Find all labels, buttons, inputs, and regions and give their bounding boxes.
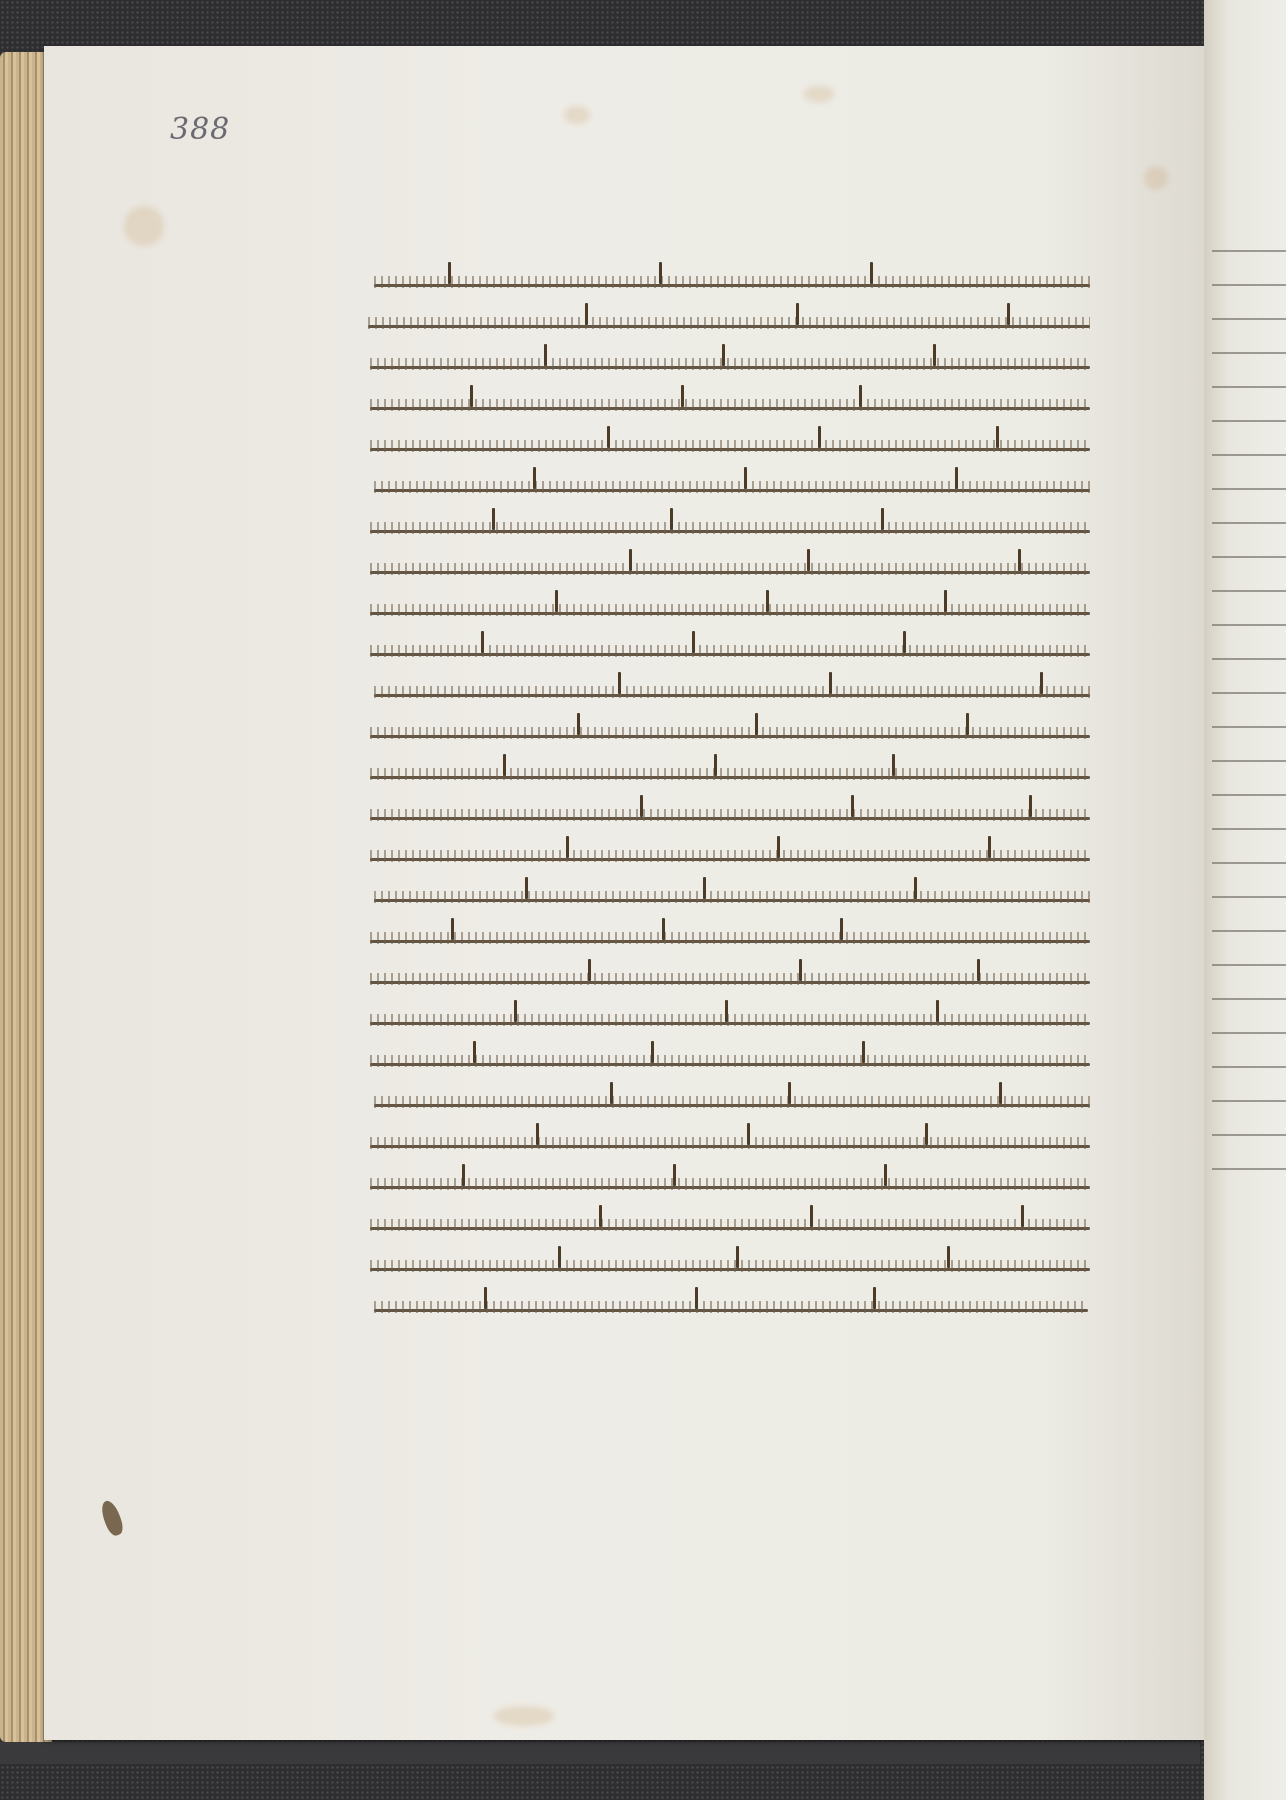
text-line [368, 926, 1090, 963]
text-line [368, 967, 1090, 1004]
text-line [368, 803, 1090, 840]
facing-text-line [1212, 682, 1286, 704]
text-line [368, 721, 1090, 758]
facing-text-line [1212, 580, 1286, 602]
facing-text-line [1212, 240, 1286, 262]
facing-text-line [1212, 716, 1286, 738]
facing-text-line [1212, 614, 1286, 636]
foxing-stain [494, 1706, 554, 1726]
facing-text-line [1212, 546, 1286, 568]
facing-text-line [1212, 308, 1286, 330]
binding-edge [0, 1742, 1200, 1764]
foxing-stain [124, 206, 164, 246]
text-line [368, 598, 1090, 635]
text-line [368, 1254, 1090, 1291]
hebrew-text-block [368, 270, 1090, 1336]
text-line [368, 557, 1090, 594]
facing-text-line [1212, 988, 1286, 1010]
text-line [368, 1008, 1090, 1045]
text-line [368, 311, 1090, 348]
folio-number: 388 [170, 112, 230, 147]
foxing-stain [564, 106, 590, 124]
text-line [368, 885, 1090, 922]
text-line [368, 516, 1090, 553]
text-line [368, 844, 1090, 881]
facing-text-line [1212, 852, 1286, 874]
foxing-stain [804, 86, 834, 102]
facing-text-line [1212, 1158, 1286, 1180]
facing-text-line [1212, 512, 1286, 534]
facing-text-line [1212, 818, 1286, 840]
text-line [368, 762, 1090, 799]
facing-text-line [1212, 410, 1286, 432]
facing-text-line [1212, 1090, 1286, 1112]
facing-text-line [1212, 342, 1286, 364]
facing-text-line [1212, 648, 1286, 670]
facing-text-line [1212, 1124, 1286, 1146]
facing-text-line [1212, 954, 1286, 976]
text-line [368, 352, 1090, 389]
facing-text-line [1212, 376, 1286, 398]
text-line [368, 270, 1090, 307]
text-line [368, 1172, 1090, 1209]
facing-leaf-text [1212, 240, 1286, 1192]
facing-text-line [1212, 784, 1286, 806]
facing-text-line [1212, 1022, 1286, 1044]
text-line [368, 1131, 1090, 1168]
text-line [368, 393, 1090, 430]
text-line [368, 1090, 1090, 1127]
facing-text-line [1212, 274, 1286, 296]
text-line [368, 1213, 1090, 1250]
facing-text-line [1212, 1056, 1286, 1078]
text-line [368, 639, 1090, 676]
text-line [368, 1295, 1090, 1332]
facing-text-line [1212, 444, 1286, 466]
text-line [368, 434, 1090, 471]
foxing-stain [1144, 166, 1168, 190]
text-line [368, 680, 1090, 717]
facing-text-line [1212, 478, 1286, 500]
text-line [368, 1049, 1090, 1086]
facing-text-line [1212, 750, 1286, 772]
facing-text-line [1212, 920, 1286, 942]
facing-text-line [1212, 886, 1286, 908]
text-line [368, 475, 1090, 512]
